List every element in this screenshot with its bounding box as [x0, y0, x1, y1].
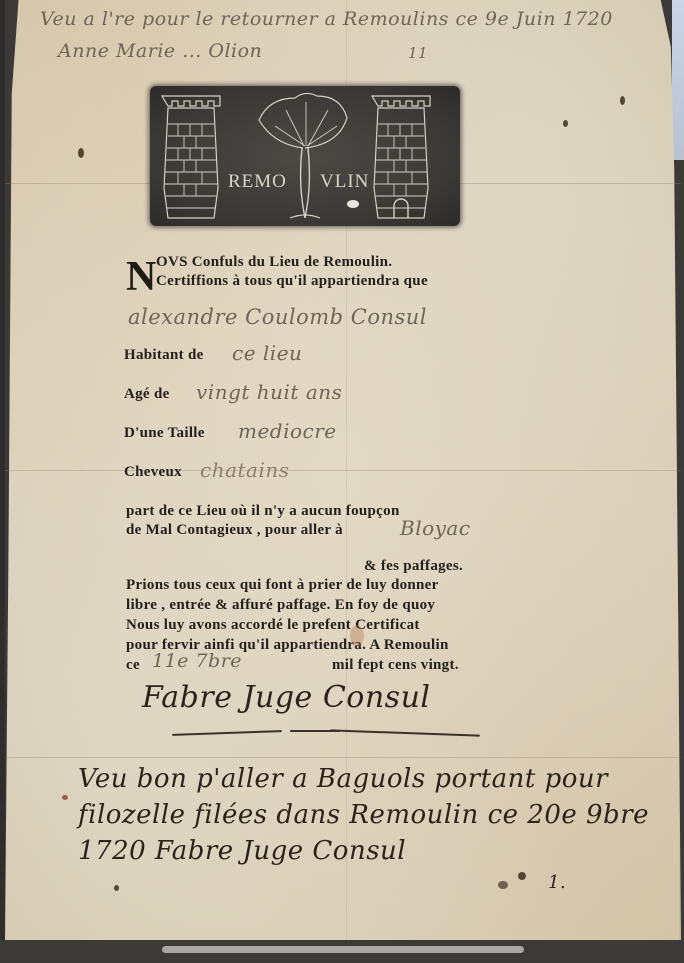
field-label-habitant: Habitant de	[124, 347, 204, 364]
image-viewer: Veu a l're pour le retourner a Remoulins…	[0, 0, 684, 963]
field-value-taille: mediocre	[238, 419, 337, 443]
ink-stain	[563, 120, 568, 127]
field-label-cheveux: Cheveux	[124, 464, 182, 481]
field-value-age: vingt huit ans	[196, 380, 342, 404]
destination: Bloyac	[400, 516, 471, 540]
bottom-annotation-line1: Veu bon p'aller a Baguols portant pour	[78, 764, 608, 794]
scroll-indicator[interactable]	[162, 946, 524, 953]
ink-stain	[498, 881, 508, 889]
top-annotation-line2: Anne Marie ... Olion	[58, 40, 262, 62]
top-annotation-line1: Veu a l're pour le retourner a Remoulins…	[40, 8, 613, 30]
certificate-line2: Certiffions à tous qu'il appartiendra qu…	[156, 273, 428, 290]
background-edge	[672, 0, 684, 160]
drop-cap: N	[126, 256, 156, 298]
bottom-annotation-mark: 1.	[548, 872, 566, 893]
field-label-taille: D'une Taille	[124, 425, 205, 442]
towers-and-tree-icon	[150, 86, 460, 226]
stamp-text-left: REMO	[228, 171, 287, 193]
top-annotation-mark: 11	[408, 44, 428, 62]
date-suffix: mil fept cens vingt.	[332, 657, 459, 674]
certificate-line1: OVS Confuls du Lieu de Remoulin.	[156, 254, 392, 271]
ink-stain	[78, 148, 84, 158]
paper-fold	[5, 470, 681, 471]
para2-line2: libre , entrée & affuré paffage. En foy …	[126, 597, 435, 614]
field-label-age: Agé de	[124, 386, 170, 403]
date-prefix: ce	[126, 657, 140, 674]
rust-stain	[350, 625, 364, 647]
para1-line2: de Mal Contagieux , pour aller à	[126, 522, 343, 539]
bottom-annotation-line2: filozelle filées dans Remoulin ce 20e 9b…	[78, 800, 649, 830]
passages: & fes paffages.	[364, 558, 463, 575]
stamp-text-right: VLIN	[320, 171, 369, 193]
para2-line1: Prions tous ceux qui font à prier de luy…	[126, 577, 439, 594]
date-handwritten: 11e 7bre	[152, 650, 242, 672]
field-value-habitant: ce lieu	[232, 341, 302, 365]
bottom-annotation-line3: 1720 Fabre Juge Consul	[78, 836, 406, 866]
ink-stain	[62, 795, 68, 800]
paper-fold	[5, 757, 681, 758]
ink-stain	[620, 96, 625, 105]
para1-line1: part de ce Lieu où il n'y a aucun foupço…	[126, 503, 400, 520]
bearer-name: alexandre Coulomb Consul	[128, 305, 427, 329]
signature: Fabre Juge Consul	[142, 680, 431, 715]
ink-stain	[114, 885, 119, 891]
para2-line3: Nous luy avons accordé le prefent Certif…	[126, 617, 420, 634]
remoulin-woodcut-stamp: REMO VLIN	[150, 86, 460, 226]
field-value-cheveux: chatains	[200, 458, 290, 482]
ink-stain	[518, 872, 526, 880]
